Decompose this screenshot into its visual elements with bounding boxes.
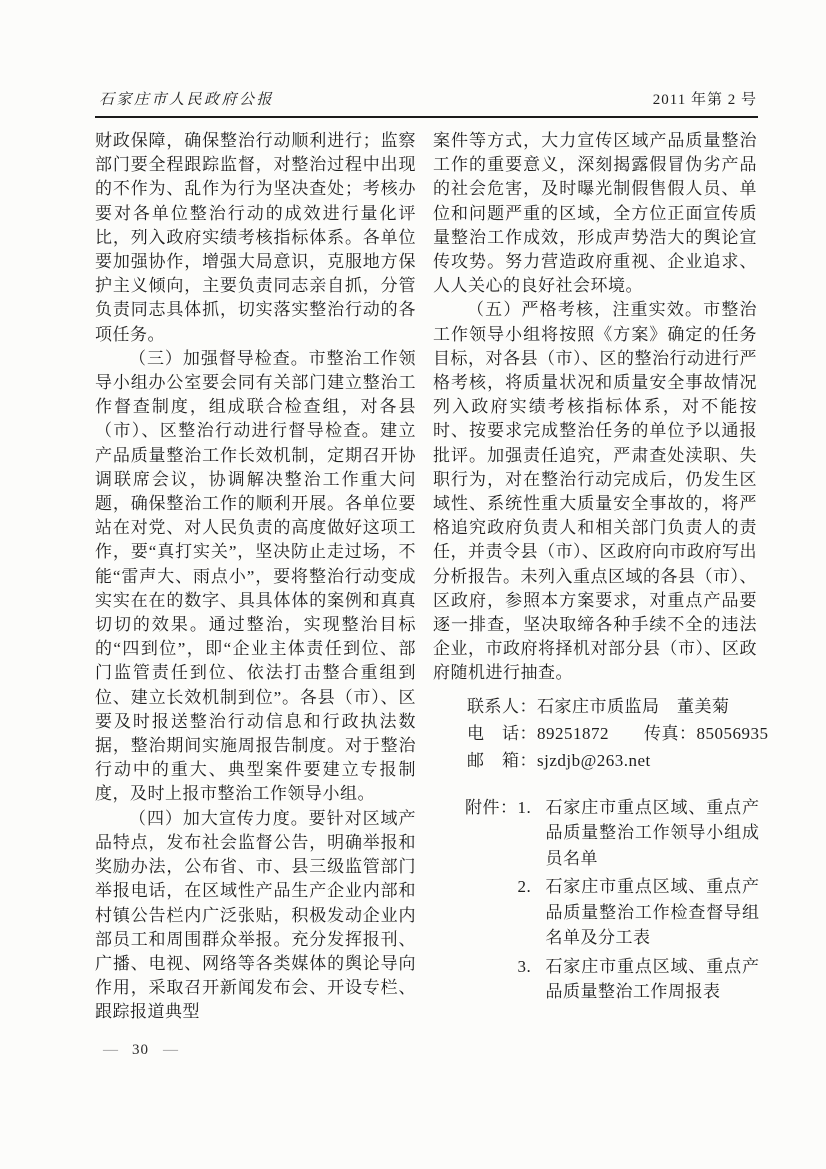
attachment-number: 2. xyxy=(518,874,546,951)
contact-phone-fax: 电 话：89251872 传真：85056935 xyxy=(467,720,757,747)
paragraph-supervision-inspection: （三）加强督导检查。市整治工作领导小组办公室要会同有关部门建立整治工作督查制度，… xyxy=(95,347,416,807)
gazette-page: 石家庄市人民政府公报 2011 年第 2 号 财政保障，确保整治行动顺利进行；监… xyxy=(0,0,826,1169)
contact-person: 联系人：石家庄市质监局 董美菊 xyxy=(467,693,757,720)
footer-dash-right: — xyxy=(163,1042,178,1059)
paragraph-publicity-strength: （四）加大宣传力度。要针对区域产品特点，发布社会监督公告，明确举报和奖励办法，公… xyxy=(95,807,416,1025)
paragraph-financial-guarantee: 财政保障，确保整治行动顺利进行；监察部门要全程跟踪监督，对整治过程中出现的不作为… xyxy=(95,129,416,347)
journal-title: 石家庄市人民政府公报 xyxy=(99,88,274,109)
attachment-item: 3. 石家庄市重点区域、重点产品质量整治工作周报表 xyxy=(518,954,760,1005)
attachment-title: 石家庄市重点区域、重点产品质量整治工作检查督导组名单及分工表 xyxy=(546,874,760,951)
attachments-list: 1. 石家庄市重点区域、重点产品质量整治工作领导小组成员名单 2. 石家庄市重点… xyxy=(518,795,760,1008)
attachment-number: 1. xyxy=(518,795,546,872)
paragraph-strict-assessment: （五）严格考核，注重实效。市整治工作领导小组将按照《方案》确定的任务目标，对各县… xyxy=(433,298,757,685)
attachment-item: 2. 石家庄市重点区域、重点产品质量整治工作检查督导组名单及分工表 xyxy=(518,874,760,951)
attachment-item: 1. 石家庄市重点区域、重点产品质量整治工作领导小组成员名单 xyxy=(518,795,760,872)
right-column: 案件等方式，大力宣传区域产品质量整治工作的重要意义，深刻揭露假冒伪劣产品的社会危… xyxy=(433,129,757,1008)
attachments-block: 附件： 1. 石家庄市重点区域、重点产品质量整治工作领导小组成员名单 2. 石家… xyxy=(433,795,757,1008)
contact-block: 联系人：石家庄市质监局 董美菊 电 话：89251872 传真：85056935… xyxy=(433,693,757,774)
footer-dash-left: — xyxy=(103,1042,118,1059)
page-footer: — 30 — xyxy=(103,1042,178,1059)
header-rule xyxy=(95,116,758,118)
issue-number: 2011 年第 2 号 xyxy=(653,88,757,109)
attachment-number: 3. xyxy=(518,954,546,1005)
page-header: 石家庄市人民政府公报 2011 年第 2 号 xyxy=(99,88,757,109)
left-column: 财政保障，确保整治行动顺利进行；监察部门要全程跟踪监督，对整治过程中出现的不作为… xyxy=(95,129,416,1025)
page-number: 30 xyxy=(132,1042,149,1059)
attachments-label: 附件： xyxy=(465,795,518,1008)
paragraph-publicity-continued: 案件等方式，大力宣传区域产品质量整治工作的重要意义，深刻揭露假冒伪劣产品的社会危… xyxy=(433,129,757,298)
attachment-title: 石家庄市重点区域、重点产品质量整治工作领导小组成员名单 xyxy=(546,795,760,872)
attachment-title: 石家庄市重点区域、重点产品质量整治工作周报表 xyxy=(546,954,760,1005)
contact-email: 邮 箱：sjzdjb@263.net xyxy=(467,747,757,774)
